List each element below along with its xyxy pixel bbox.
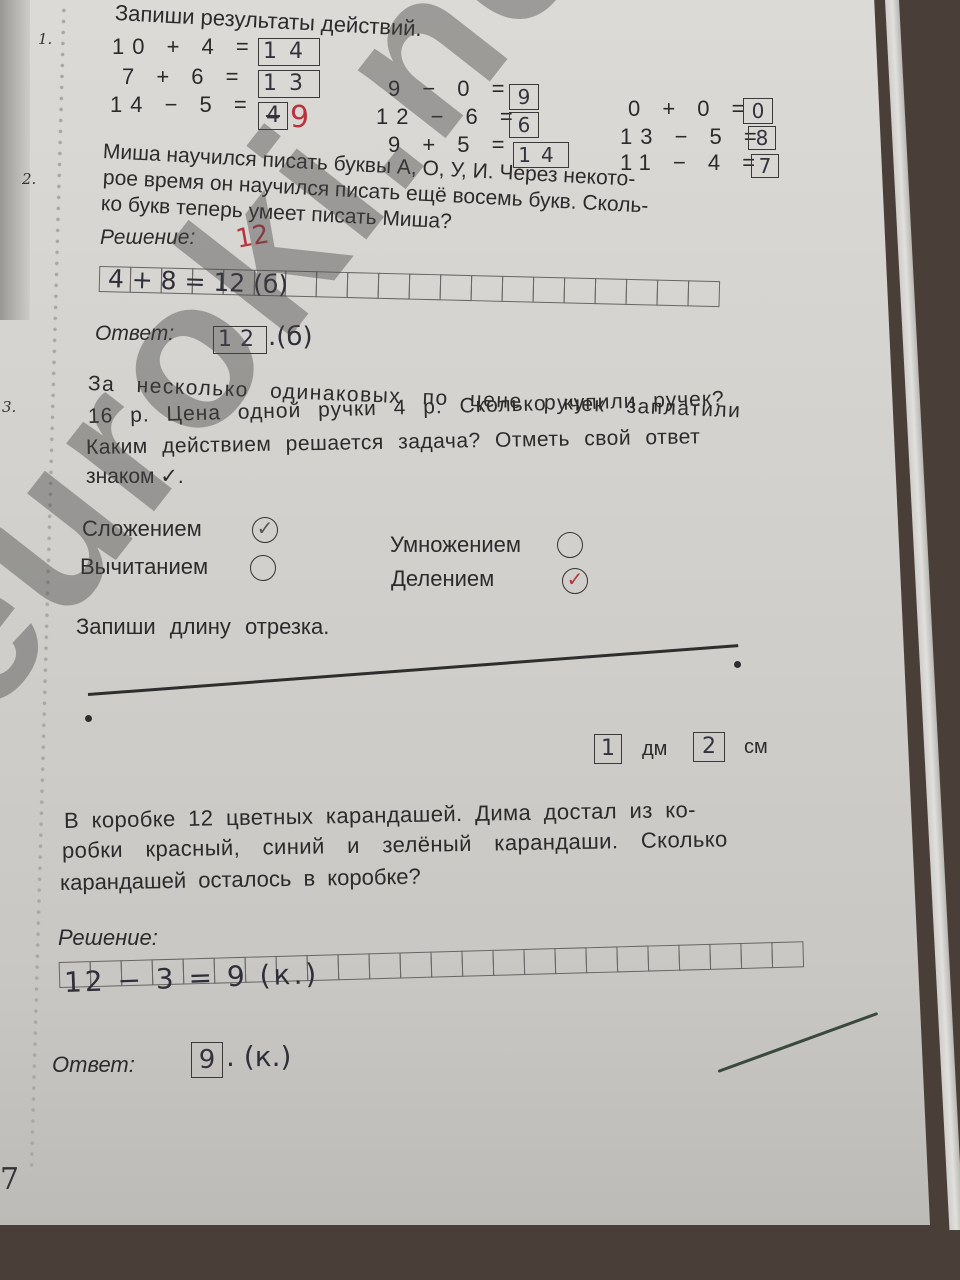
- answer-box[interactable]: 14: [258, 38, 320, 66]
- option-addition-radio[interactable]: ✓: [252, 517, 278, 543]
- option-division-radio[interactable]: ✓: [562, 568, 588, 594]
- grid-cell[interactable]: [347, 272, 380, 299]
- grid-cell[interactable]: [585, 946, 618, 973]
- equation: 11 − 4 =: [620, 150, 763, 176]
- grid-cell[interactable]: [523, 948, 556, 975]
- grid-cell[interactable]: [285, 271, 318, 298]
- task-number: 3.: [2, 398, 16, 416]
- answer-box[interactable]: 6: [509, 112, 539, 138]
- problem-text-line: знаком ✓.: [86, 464, 184, 489]
- grid-cell[interactable]: [316, 271, 349, 298]
- answer-unit: .(б): [268, 322, 313, 352]
- option-label: Делением: [391, 566, 494, 592]
- grid-cell[interactable]: [409, 274, 442, 301]
- solution-label: Решение:: [100, 226, 195, 250]
- option-label: Сложением: [82, 516, 202, 542]
- grid-cell[interactable]: [616, 946, 649, 973]
- grid-cell[interactable]: [657, 280, 690, 307]
- option-label: Вычитанием: [80, 554, 208, 580]
- equation: 9 − 0 =: [388, 76, 513, 102]
- unit-label: см: [744, 736, 768, 759]
- answer-box[interactable]: 0: [743, 98, 773, 124]
- answer-box[interactable]: 4: [258, 102, 288, 130]
- equation: 9 + 5 =: [388, 132, 513, 158]
- answer-box[interactable]: 7: [751, 154, 779, 178]
- grid-cell[interactable]: [647, 945, 680, 972]
- grid-cell[interactable]: [678, 944, 711, 971]
- equation: 13 − 5 =: [620, 124, 765, 150]
- equation: 10 + 4 =: [112, 34, 257, 60]
- task-title: Запиши длину отрезка.: [76, 614, 329, 640]
- task-number: 2.: [22, 170, 36, 188]
- grid-cell[interactable]: [626, 279, 659, 306]
- dm-input-box[interactable]: 1: [594, 734, 622, 764]
- segment-endpoint: [85, 715, 92, 722]
- segment-endpoint: [734, 661, 741, 668]
- crossed-answer: 4: [266, 103, 280, 128]
- grid-cell[interactable]: [492, 949, 525, 976]
- equation: 14 − 5 =: [110, 92, 255, 118]
- option-multiplication-radio[interactable]: [557, 532, 583, 558]
- cm-input-box[interactable]: 2: [693, 732, 725, 762]
- option-label: Умножением: [390, 532, 521, 558]
- answer-box[interactable]: 9: [191, 1042, 223, 1078]
- unit-label: дм: [642, 738, 667, 761]
- grid-cell[interactable]: [688, 280, 721, 307]
- answer-box[interactable]: 13: [258, 70, 320, 98]
- grid-cell[interactable]: [471, 275, 504, 302]
- grid-cell[interactable]: [502, 276, 535, 303]
- grid-cell[interactable]: [564, 277, 597, 304]
- grid-cell[interactable]: [533, 277, 566, 304]
- grid-cell[interactable]: [400, 952, 433, 979]
- grid-cell[interactable]: [595, 278, 628, 305]
- grid-cell[interactable]: [430, 951, 463, 978]
- equation: 12 − 6 =: [376, 104, 521, 130]
- grid-cell[interactable]: [440, 274, 473, 301]
- grid-cell[interactable]: [461, 950, 494, 977]
- page-number: 7: [0, 1162, 19, 1197]
- red-correction: 12: [234, 219, 272, 254]
- grid-cell[interactable]: [740, 942, 773, 969]
- solution-label: Решение:: [58, 925, 158, 951]
- grid-cell[interactable]: [369, 952, 402, 979]
- answer-label: Ответ:: [52, 1052, 135, 1078]
- grid-cell[interactable]: [378, 273, 411, 300]
- grid-cell[interactable]: [709, 943, 742, 970]
- answer-unit: . (к.): [226, 1040, 291, 1073]
- grid-cell[interactable]: [771, 941, 804, 968]
- grid-cell[interactable]: [554, 947, 587, 974]
- equation: 7 + 6 =: [122, 64, 247, 90]
- page-shadow: [0, 0, 30, 320]
- answer-box[interactable]: 8: [748, 126, 776, 150]
- answer-box[interactable]: 12: [213, 326, 267, 354]
- grid-cell[interactable]: [338, 953, 371, 980]
- equation: 0 + 0 =: [628, 96, 753, 122]
- answer-label: Ответ:: [95, 322, 174, 346]
- option-subtraction-radio[interactable]: [250, 555, 276, 581]
- red-correction: 9: [290, 100, 309, 135]
- task-number: 1.: [38, 30, 52, 48]
